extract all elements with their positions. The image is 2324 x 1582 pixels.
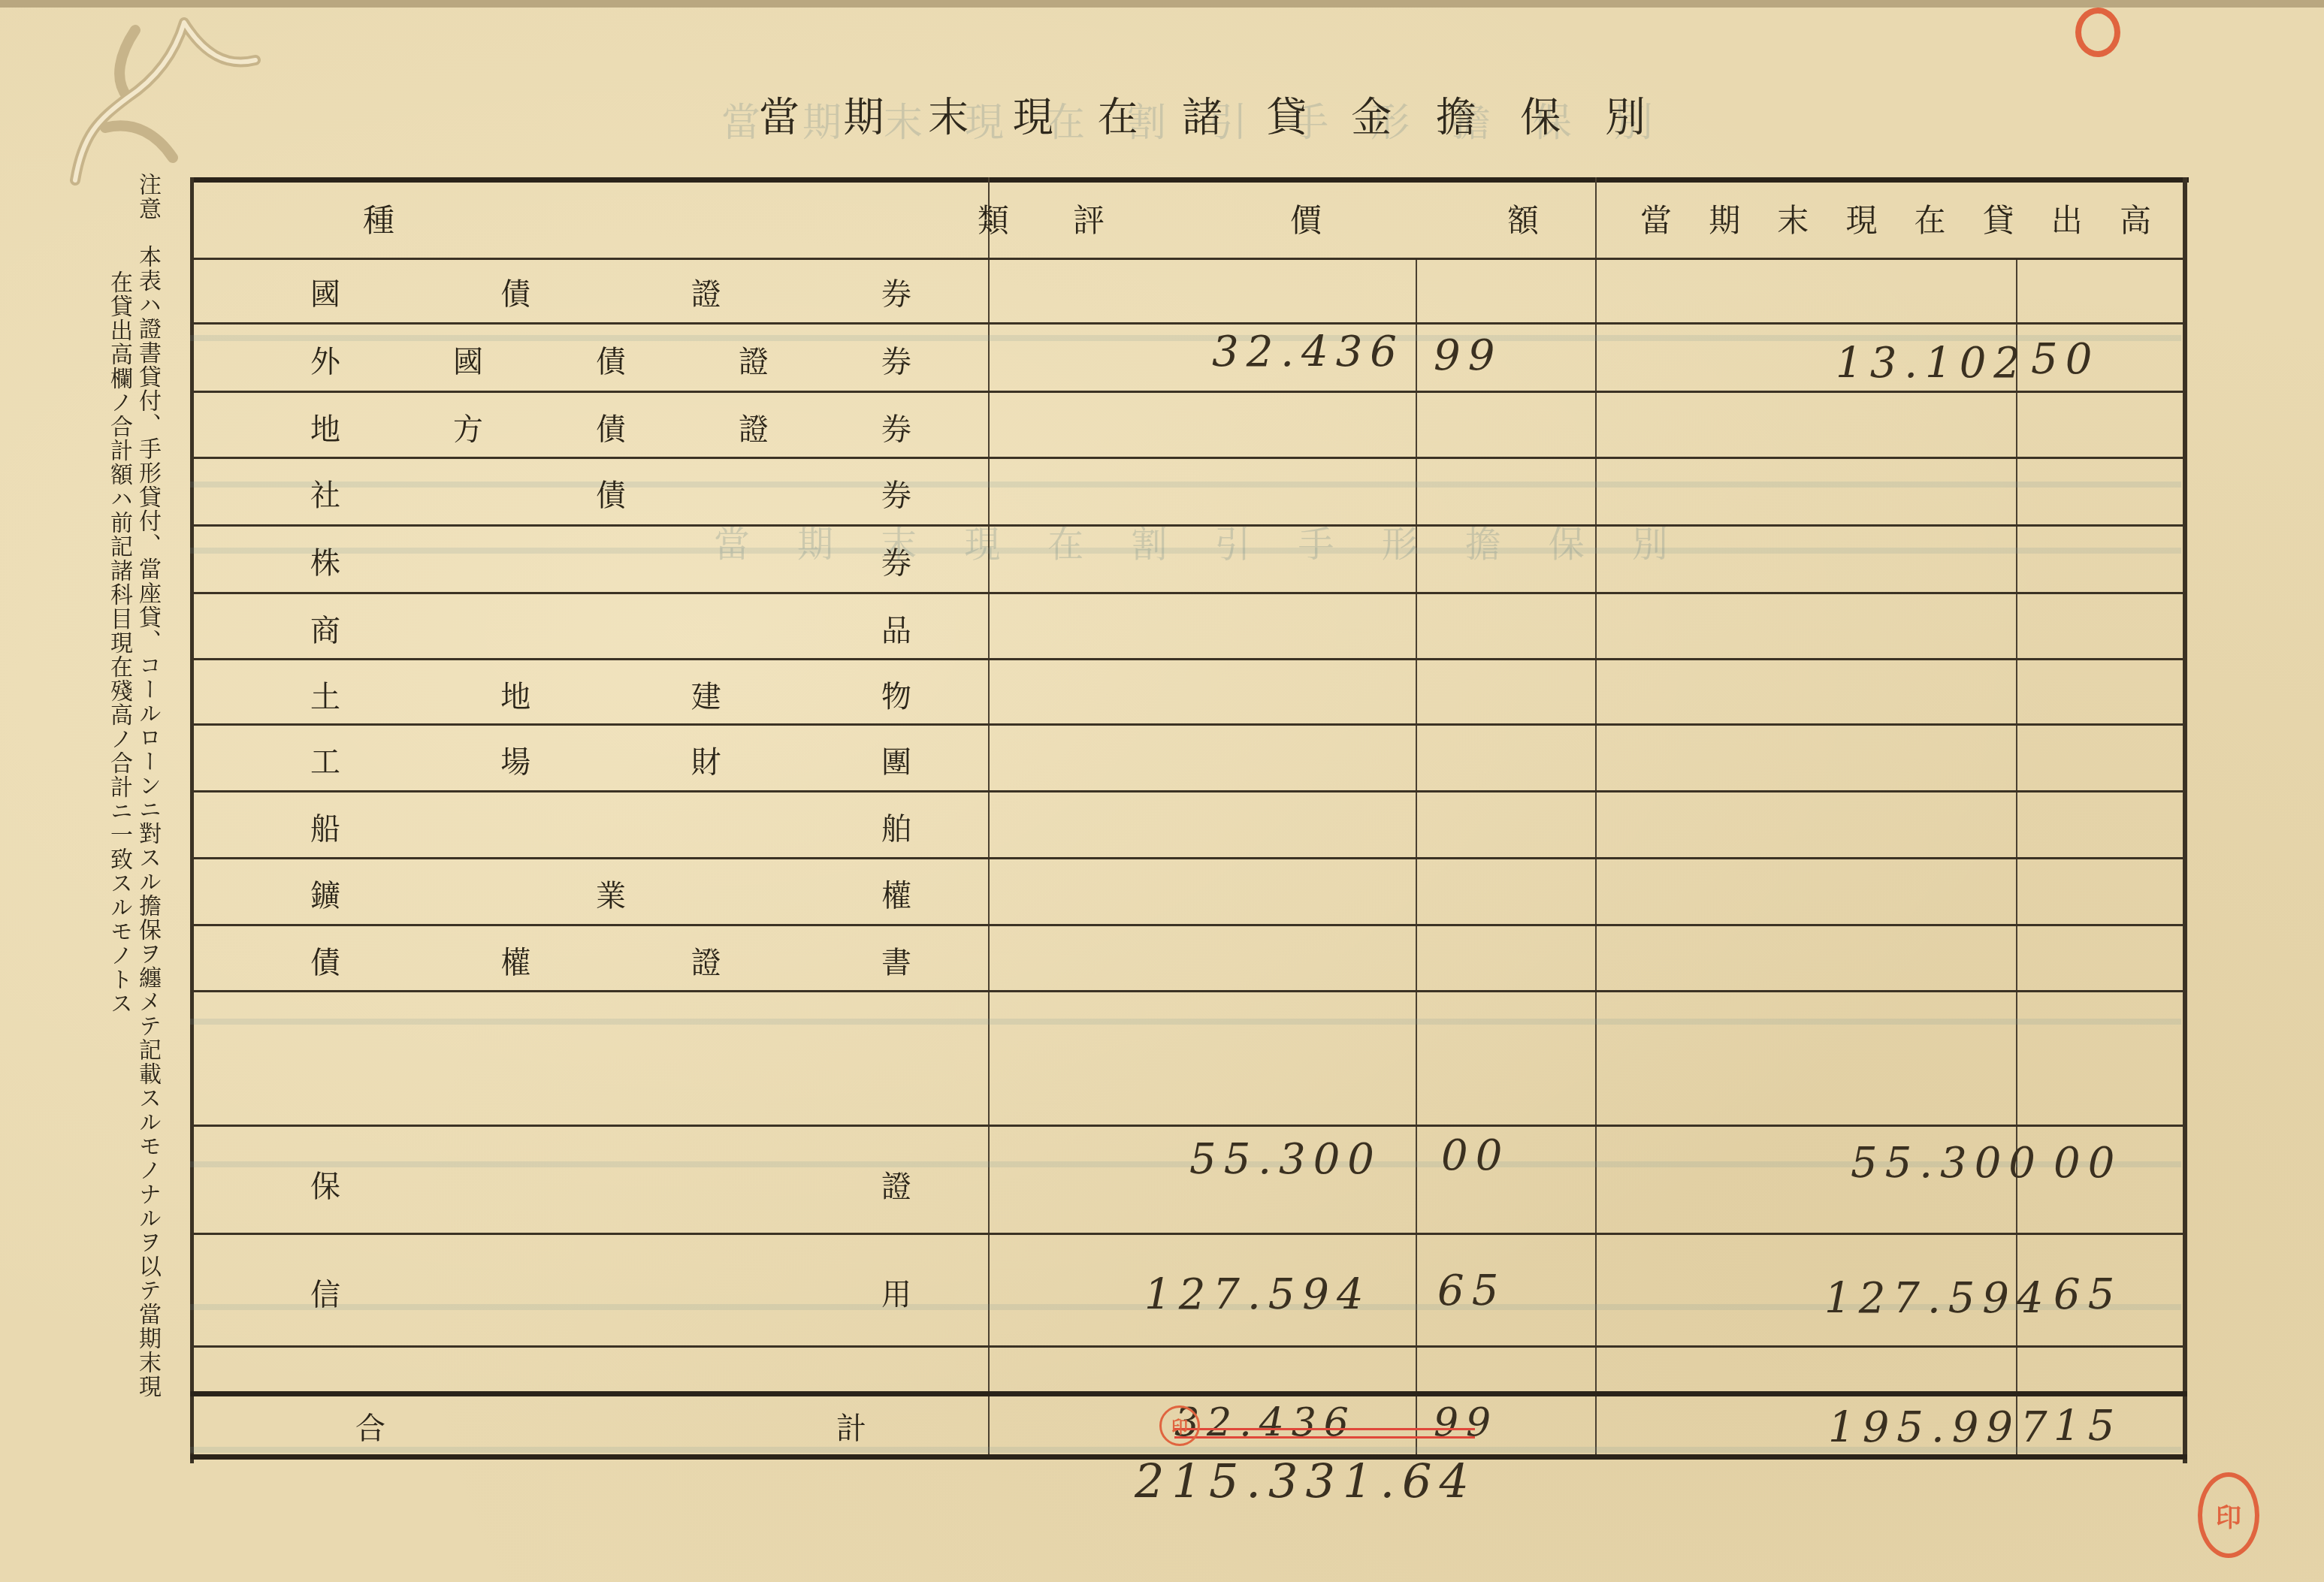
row-label-ships: 船舶 — [310, 796, 911, 856]
title-char: 在 — [1097, 86, 1138, 143]
title-char: 擔 — [1436, 86, 1476, 143]
title-char: 諸 — [1182, 86, 1222, 143]
row-label-foreign-bonds: 外國債證券 — [310, 329, 911, 389]
strike-line — [1174, 1436, 1475, 1439]
note-line-2: 在貸出高欄ノ合計額ハ前記諸科目現在殘高ノ合計ニ一致スルモノトス — [104, 270, 134, 1172]
row-label-total: 合計 — [355, 1397, 866, 1454]
header-char: 當 — [1640, 196, 1672, 241]
strike-line — [1174, 1428, 1475, 1430]
title-char: 期 — [844, 86, 884, 143]
valuation-guarantee-sen: 00 — [1441, 1131, 1510, 1180]
header-char: 在 — [1915, 196, 1946, 241]
row-label-stocks: 株券 — [310, 530, 911, 590]
title-char: 末 — [928, 86, 969, 143]
valuation-foreign-bonds-yen: 32.436 — [1212, 328, 1404, 376]
outstanding-credit-sen: 65 — [2054, 1270, 2122, 1319]
row-label-mining-rights: 鑛業權 — [310, 863, 911, 923]
page-title: 當 期 末 現 在 諸 貸 金 擔 保 別 — [759, 84, 1646, 144]
note-line-1: 注意 本表ハ證書貸付、手形貸付、當座貸、コールローンニ對スル擔保ヲ纏メテ記載スル… — [132, 173, 162, 1495]
header-char: 期 — [1709, 196, 1740, 241]
correction-seal: 印 — [1159, 1405, 1200, 1446]
ghost-char: 當 — [721, 91, 760, 147]
row-label-national-bonds: 國債證券 — [310, 264, 911, 320]
bottom-right-seal: 印 — [2198, 1472, 2259, 1558]
top-right-seal — [2075, 8, 2120, 57]
header-char: 評 — [1073, 196, 1105, 241]
header-char: 末 — [1777, 196, 1809, 241]
header-char: 貸 — [1983, 196, 2014, 241]
title-char: 貸 — [1267, 86, 1307, 143]
row-label-guarantee: 保證 — [310, 1154, 911, 1214]
row-label-merchandise: 商品 — [310, 598, 911, 658]
row-label-corporate-bonds: 社債券 — [310, 463, 911, 523]
outstanding-credit-yen: 127.594 — [1824, 1274, 2051, 1323]
header-char: 種 — [363, 196, 394, 241]
header-char: 高 — [2120, 196, 2151, 241]
outstanding-foreign-bonds-yen: 13.102 — [1836, 339, 2028, 388]
valuation-total-struck-yen: 32.436 — [1174, 1400, 1356, 1445]
col-divider-valuation-outstanding — [1595, 177, 1597, 1454]
outstanding-total-sen: 15 — [2054, 1402, 2122, 1451]
header-type: 種 類 — [363, 192, 1009, 245]
valuation-total-corrected: 215.331.64 — [1135, 1454, 1476, 1508]
col-divider-type-valuation — [988, 177, 990, 1454]
row-label-credit: 信用 — [310, 1262, 911, 1322]
table-right-border — [2183, 177, 2187, 1463]
valuation-credit-yen: 127.594 — [1144, 1270, 1371, 1319]
title-char: 保 — [1520, 86, 1561, 143]
valuation-foreign-bonds-sen: 99 — [1434, 331, 1502, 380]
title-char: 當 — [759, 86, 799, 143]
title-char: 金 — [1351, 86, 1392, 143]
row-label-factory-foundation: 工場財團 — [310, 729, 911, 789]
table-top-border — [190, 177, 2189, 183]
torn-corner-damage — [30, 8, 270, 188]
header-char: 出 — [2051, 196, 2083, 241]
row-label-local-bonds: 地方債證券 — [310, 397, 911, 457]
page-top-edge — [0, 0, 2324, 8]
title-char: 別 — [1605, 86, 1646, 143]
header-char: 類 — [978, 196, 1009, 241]
row-label-claim-certificates: 債權證書 — [310, 930, 911, 990]
header-char: 現 — [1845, 196, 1877, 241]
row-label-land-buildings: 土地建物 — [310, 664, 911, 724]
outstanding-foreign-bonds-sen: 50 — [2031, 335, 2099, 384]
table-left-border — [190, 177, 194, 1463]
outstanding-guarantee-yen: 55.300 — [1851, 1139, 2043, 1188]
valuation-total-struck-sen: 99 — [1434, 1400, 1498, 1445]
header-valuation: 評 價 額 — [1073, 192, 1539, 245]
title-char: 現 — [1013, 86, 1053, 143]
header-char: 額 — [1507, 196, 1539, 241]
collateral-table: 種 類 評 價 額 當 期 末 現 在 貸 出 高 國債證券 外國債證券 地方債… — [190, 177, 2189, 1463]
valuation-credit-sen: 65 — [1437, 1267, 1506, 1315]
outstanding-guarantee-sen: 00 — [2054, 1139, 2122, 1188]
header-char: 價 — [1290, 196, 1322, 241]
outstanding-total-yen: 195.997 — [1828, 1403, 2055, 1452]
valuation-guarantee-yen: 55.300 — [1189, 1135, 1382, 1184]
header-outstanding: 當 期 末 現 在 貸 出 高 — [1640, 192, 2151, 245]
